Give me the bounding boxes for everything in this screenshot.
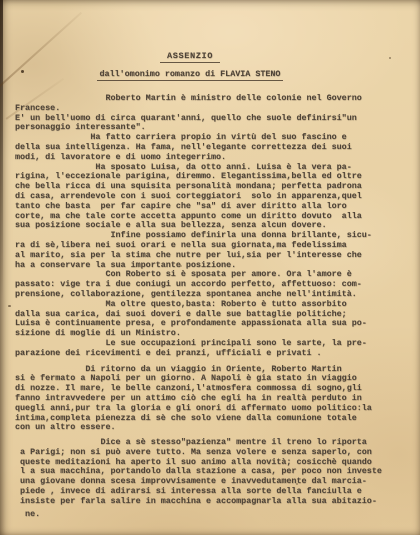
paragraph: Roberto Martin è ministro delle colonie … xyxy=(15,94,416,133)
paper-speck xyxy=(8,305,11,307)
paragraph: Ha fatto carriera propio in virtù del su… xyxy=(15,133,416,162)
paragraph: Ma oltre questo,basta: Roberto è tutto a… xyxy=(15,300,416,339)
paragraph: Ha sposato Luisa, da otto anni. Luisa è … xyxy=(15,163,416,232)
document-subtitle: dall'omonimo romanzo di FLAVIA STENO xyxy=(97,69,284,81)
text-line: con un altro essere. xyxy=(15,423,416,433)
document-title: ASSENZIO xyxy=(160,51,220,63)
paragraph: ne. xyxy=(15,510,416,520)
document-page: ASSENZIO dall'omonimo romanzo di FLAVIA … xyxy=(0,0,420,535)
text-line: ne. xyxy=(15,510,416,520)
paragraph: Infine possiamo definirla una donna bril… xyxy=(15,231,416,270)
text-line: parazione dei ricevimenti e dei pranzi, … xyxy=(15,349,416,359)
text-line: insiste per farla salire in macchina e a… xyxy=(15,497,416,507)
document-header: ASSENZIO dall'omonimo romanzo di FLAVIA … xyxy=(0,45,420,81)
paragraph: Le sue occupazioni principali sono le sa… xyxy=(15,339,416,359)
paragraph: Di ritorno da un viaggio in Oriente, Rob… xyxy=(15,365,416,434)
document-body: Roberto Martin è ministro delle colonie … xyxy=(15,94,416,519)
paragraph: Dice a sè stesso"pazienza" mentre il tre… xyxy=(15,438,416,507)
paragraph: Con Roberto si è sposata per amore. Ora … xyxy=(15,270,416,299)
text-line: Roberto Martin è ministro delle colonie … xyxy=(15,94,416,104)
